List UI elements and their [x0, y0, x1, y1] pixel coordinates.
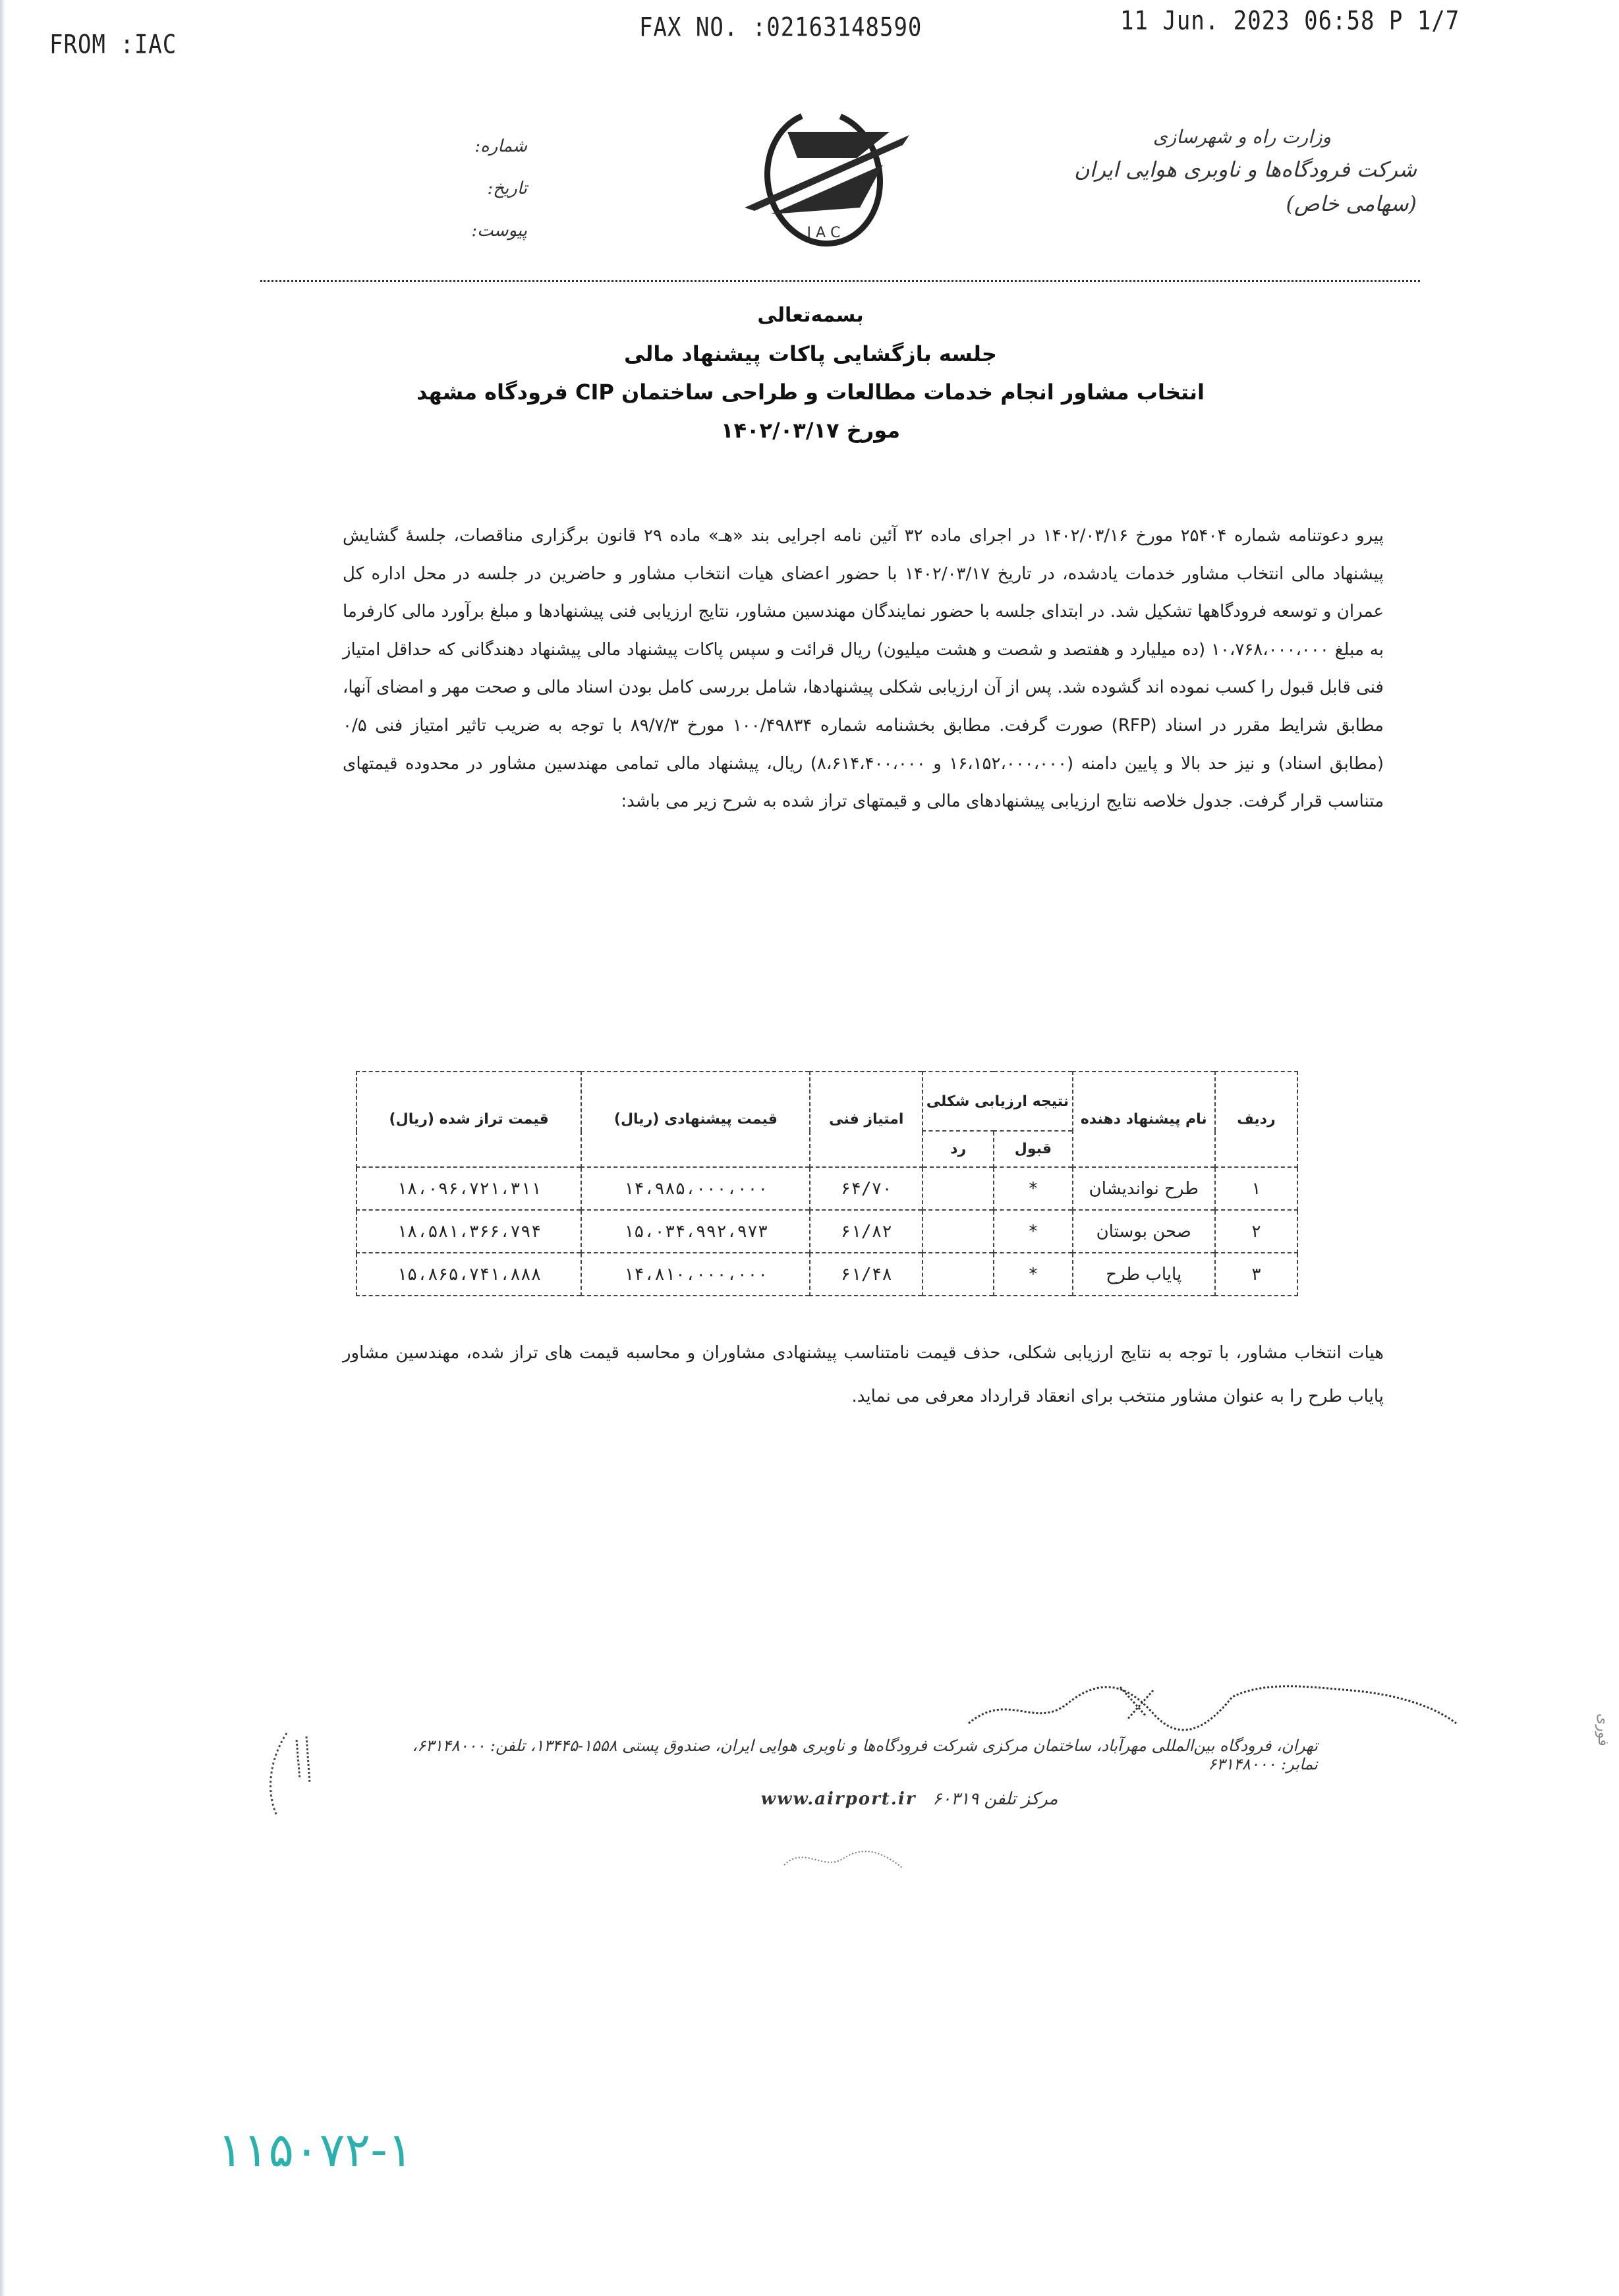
- signature-scribble-icon: [955, 1677, 1469, 1736]
- cell-row-number: ۲: [1215, 1210, 1297, 1253]
- cell-bidder: طرح نواندیشان: [1073, 1167, 1215, 1210]
- footer-phone-center: مرکز تلفن ۶۰۳۱۹: [932, 1789, 1058, 1809]
- cell-tech-score: ۶۴/۷۰: [810, 1167, 923, 1210]
- number-label: شماره:: [468, 125, 527, 167]
- fax-number: FAX NO. :02163148590: [639, 13, 922, 43]
- table-row: ۱ طرح نواندیشان * ۶۴/۷۰ ۱۴،۹۸۵،۰۰۰،۰۰۰ ۱…: [356, 1167, 1297, 1210]
- cell-row-number: ۱: [1215, 1167, 1297, 1210]
- footer-website-line: مرکز تلفن ۶۰۳۱۹ www.airport.ir: [679, 1789, 1140, 1809]
- bracket-stamp-icon: [260, 1727, 339, 1819]
- header-formal-evaluation: نتیجه ارزیابی شکلی: [923, 1072, 1073, 1131]
- cell-proposed-price: ۱۴،۹۸۵،۰۰۰،۰۰۰: [581, 1167, 810, 1210]
- header-rejected: رد: [923, 1131, 994, 1167]
- stamp-scribble-icon: [778, 1839, 909, 1878]
- bismillah: بسمه‌تعالی: [329, 297, 1292, 335]
- ministry-name: وزارت راه و شهرسازی: [1021, 122, 1331, 152]
- side-note: فوری: [1595, 1713, 1611, 1746]
- cell-accepted: *: [994, 1167, 1072, 1210]
- meeting-title: جلسه بازگشایی پاکات پیشنهاد مالی: [329, 335, 1292, 373]
- header-tech-score: امتیاز فنی: [810, 1072, 923, 1167]
- table-row: ۲ صحن بوستان * ۶۱/۸۲ ۱۵،۰۳۴،۹۹۲،۹۷۳ ۱۸،۵…: [356, 1210, 1297, 1253]
- header-row-number: ردیف: [1215, 1072, 1297, 1167]
- cell-rejected: [923, 1210, 994, 1253]
- header-adjusted-price: قیمت تراز شده (ریال): [356, 1072, 581, 1167]
- cell-tech-score: ۶۱/۸۲: [810, 1210, 923, 1253]
- letter-meta-labels: شماره: تاریخ: پیوست:: [468, 125, 527, 252]
- organization-name: وزارت راه و شهرسازی شرکت فرودگاه‌ها و نا…: [1021, 122, 1417, 221]
- cell-tech-score: ۶۱/۴۸: [810, 1253, 923, 1296]
- meeting-date: مورخ ۱۴۰۲/۰۳/۱۷: [329, 411, 1292, 449]
- cell-adjusted-price: ۱۸،۵۸۱،۳۶۶،۷۹۴: [356, 1210, 581, 1253]
- header-divider: [260, 280, 1420, 282]
- cell-bidder: صحن بوستان: [1073, 1210, 1215, 1253]
- cell-adjusted-price: ۱۵،۸۶۵،۷۴۱،۸۸۸: [356, 1253, 581, 1296]
- evaluation-results-table: ردیف نام پیشنهاد دهنده نتیجه ارزیابی شکل…: [356, 1071, 1298, 1296]
- cell-proposed-price: ۱۵،۰۳۴،۹۹۲،۹۷۳: [581, 1210, 810, 1253]
- fax-timestamp: 11 Jun. 2023 06:58 P 1/7: [1120, 6, 1460, 36]
- table-row: ۳ پایاب طرح * ۶۱/۴۸ ۱۴،۸۱۰،۰۰۰،۰۰۰ ۱۵،۸۶…: [356, 1253, 1297, 1296]
- scan-edge: [0, 0, 5, 2296]
- footer-website: www.airport.ir: [761, 1789, 917, 1809]
- fax-from: FROM :IAC: [49, 30, 177, 60]
- cell-accepted: *: [994, 1253, 1072, 1296]
- cell-bidder: پایاب طرح: [1073, 1253, 1215, 1296]
- header-bidder: نام پیشنهاد دهنده: [1073, 1072, 1215, 1167]
- conclusion-paragraph: هیات انتخاب مشاور، با توجه به نتایج ارزی…: [343, 1331, 1384, 1418]
- cell-accepted: *: [994, 1210, 1072, 1253]
- cell-adjusted-price: ۱۸،۰۹۶،۷۲۱،۳۱۱: [356, 1167, 581, 1210]
- date-label: تاریخ:: [468, 167, 527, 210]
- cell-proposed-price: ۱۴،۸۱۰،۰۰۰،۰۰۰: [581, 1253, 810, 1296]
- letterhead: شماره: تاریخ: پیوست: I A C وزارت راه و ش…: [250, 99, 1423, 290]
- body-paragraph: پیرو دعوتنامه شماره ۲۵۴۰۴ مورخ ۱۴۰۲/۰۳/۱…: [343, 517, 1384, 821]
- logo-letters: I A C: [807, 225, 841, 241]
- fax-header: FROM :IAC FAX NO. :02163148590 11 Jun. 2…: [0, 0, 1619, 72]
- footer-address: تهران، فرودگاه بین‌المللی مهرآباد، ساختم…: [376, 1736, 1318, 1773]
- cell-row-number: ۳: [1215, 1253, 1297, 1296]
- iac-logo-icon: I A C: [725, 102, 923, 254]
- cell-rejected: [923, 1167, 994, 1210]
- header-accepted: قبول: [994, 1131, 1072, 1167]
- header-proposed-price: قیمت پیشنهادی (ریال): [581, 1072, 810, 1167]
- meeting-subject: انتخاب مشاور انجام خدمات مطالعات و طراحی…: [329, 373, 1292, 411]
- attachment-label: پیوست:: [468, 210, 527, 252]
- company-name: شرکت فرودگاه‌ها و ناوبری هوایی ایران (سه…: [1021, 152, 1417, 221]
- cell-rejected: [923, 1253, 994, 1296]
- handwritten-reference-number: ۱۱۵۰۷۲-۱: [217, 2122, 413, 2177]
- document-title: بسمه‌تعالی جلسه بازگشایی پاکات پیشنهاد م…: [329, 297, 1292, 449]
